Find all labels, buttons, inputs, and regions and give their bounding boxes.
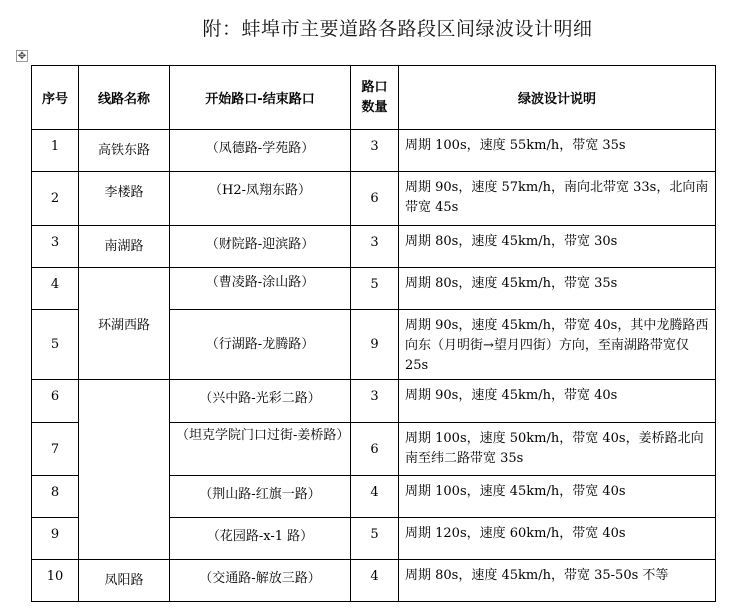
cell-description: 周期 100s，速度 45km/h，带宽 40s xyxy=(399,476,716,518)
cell-description: 周期 120s，速度 60km/h，带宽 40s xyxy=(399,518,716,560)
table-row: 3 南湖路 （财院路-迎滨路） 3 周期 80s，速度 45km/h，带宽 30… xyxy=(32,226,716,268)
cell-index: 9 xyxy=(32,518,79,560)
cell-index: 1 xyxy=(32,130,79,172)
cell-segment: （荆山路-红旗一路） xyxy=(170,476,351,518)
cell-segment: （H2-凤翔东路） xyxy=(170,172,351,226)
cell-intersections: 4 xyxy=(351,476,399,518)
cell-index: 10 xyxy=(32,560,79,602)
document-title: 附：蚌埠市主要道路各路段区间绿波设计明细 xyxy=(0,14,735,41)
cell-index: 6 xyxy=(32,380,79,423)
cell-description: 周期 80s，速度 45km/h，带宽 35s xyxy=(399,268,716,310)
cell-index: 2 xyxy=(32,172,79,226)
cell-description: 周期 80s，速度 45km/h，带宽 35-50s 不等 xyxy=(399,560,716,602)
cell-segment: （花园路-x-1 路） xyxy=(170,518,351,560)
cell-intersections: 3 xyxy=(351,130,399,172)
cell-intersections: 4 xyxy=(351,560,399,602)
cell-route-name: 高铁东路 xyxy=(79,130,170,172)
header-index: 序号 xyxy=(32,66,79,130)
cell-description: 周期 90s，速度 45km/h，带宽 40s，其中龙腾路西向东（月明街→望月四… xyxy=(399,310,716,380)
table-row: 1 高铁东路 （凤德路-学苑路） 3 周期 100s，速度 55km/h，带宽 … xyxy=(32,130,716,172)
cell-intersections: 6 xyxy=(351,172,399,226)
table-row: 4 环湖西路 （曹凌路-涂山路） 5 周期 80s，速度 45km/h，带宽 3… xyxy=(32,268,716,310)
cell-intersections: 5 xyxy=(351,518,399,560)
cell-index: 4 xyxy=(32,268,79,310)
header-intersections: 路口 数量 xyxy=(351,66,399,130)
cell-description: 周期 90s，速度 57km/h，南向北带宽 33s，北向南带宽 45s xyxy=(399,172,716,226)
cell-index: 7 xyxy=(32,423,79,476)
cell-route-name: 李楼路 xyxy=(79,172,170,226)
table-move-handle-icon[interactable]: ✥ xyxy=(16,50,28,62)
table-row: 2 李楼路 （H2-凤翔东路） 6 周期 90s，速度 57km/h，南向北带宽… xyxy=(32,172,716,226)
cell-segment: （行湖路-龙腾路） xyxy=(170,310,351,380)
header-segment: 开始路口-结束路口 xyxy=(170,66,351,130)
cell-segment: （交通路-解放三路） xyxy=(170,560,351,602)
header-intersections-line1: 路口 xyxy=(361,80,387,95)
cell-segment: （曹凌路-涂山路） xyxy=(170,268,351,310)
header-intersections-line2: 数量 xyxy=(361,100,387,115)
cell-intersections: 9 xyxy=(351,310,399,380)
cell-description: 周期 90s，速度 45km/h，带宽 40s xyxy=(399,380,716,423)
table-header-row: 序号 线路名称 开始路口-结束路口 路口 数量 绿波设计说明 xyxy=(32,66,716,130)
cell-index: 5 xyxy=(32,310,79,380)
cell-route-name: 环湖西路 xyxy=(79,268,170,380)
cell-segment: （兴中路-光彩二路） xyxy=(170,380,351,423)
cell-segment: （财院路-迎滨路） xyxy=(170,226,351,268)
cell-intersections: 5 xyxy=(351,268,399,310)
cell-intersections: 6 xyxy=(351,423,399,476)
cell-route-name xyxy=(79,380,170,560)
cell-description: 周期 100s，速度 55km/h，带宽 35s xyxy=(399,130,716,172)
green-wave-table: 序号 线路名称 开始路口-结束路口 路口 数量 绿波设计说明 1 高铁东路 （凤… xyxy=(31,65,716,602)
table-row: 6 （兴中路-光彩二路） 3 周期 90s，速度 45km/h，带宽 40s xyxy=(32,380,716,423)
header-route-name: 线路名称 xyxy=(79,66,170,130)
cell-route-name: 南湖路 xyxy=(79,226,170,268)
header-description: 绿波设计说明 xyxy=(399,66,716,130)
cell-description: 周期 80s，速度 45km/h，带宽 30s xyxy=(399,226,716,268)
cell-intersections: 3 xyxy=(351,226,399,268)
table-row: 10 凤阳路 （交通路-解放三路） 4 周期 80s，速度 45km/h，带宽 … xyxy=(32,560,716,602)
cell-intersections: 3 xyxy=(351,380,399,423)
cell-segment: （凤德路-学苑路） xyxy=(170,130,351,172)
cell-segment: （坦克学院门口过街-姜桥路） xyxy=(170,423,351,476)
cell-route-name: 凤阳路 xyxy=(79,560,170,602)
cell-index: 8 xyxy=(32,476,79,518)
cell-index: 3 xyxy=(32,226,79,268)
cell-description: 周期 100s，速度 50km/h，带宽 40s，姜桥路北向南至纬二路带宽 35… xyxy=(399,423,716,476)
